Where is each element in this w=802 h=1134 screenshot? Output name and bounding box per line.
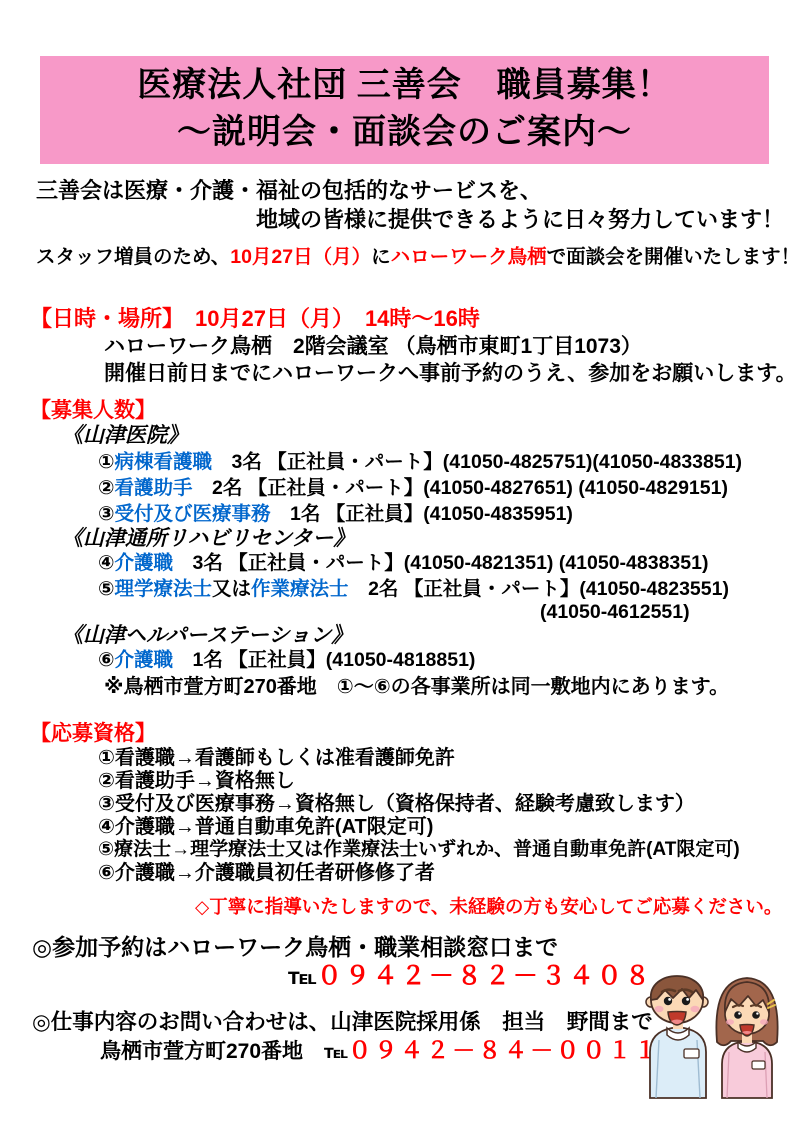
job-line-6: ⑥介護職 1名 【正社員】(41050-4818851) bbox=[98, 649, 475, 671]
recruitment-heading: 【募集人数】 bbox=[30, 399, 156, 423]
facility-name-helper-station: 《山津ヘルパーステーション》 bbox=[62, 624, 352, 648]
qualification-item-5: ⑤療法士→理学療法士又は作業療法士いずれか、普通自動車免許(AT限定可) bbox=[98, 839, 740, 861]
facility-name-rehab-center: 《山津通所リハビリセンター》 bbox=[62, 527, 354, 551]
flyer-title: 医療法人社団 三善会 職員募集！ bbox=[40, 62, 769, 110]
reservation-tel: ℡０９４２－８２－３４０８ bbox=[288, 962, 653, 991]
female-staff-figure bbox=[716, 978, 777, 1098]
qualification-item-1: ①看護職→看護師もしくは准看護師免許 bbox=[98, 747, 455, 770]
flyer-page: 医療法人社団 三善会 職員募集！ ～説明会・面談会のご案内～ 三善会は医療・介護… bbox=[0, 0, 802, 1134]
inquiry-line: ◎仕事内容のお問い合わせは、山津医院採用係 担当 野間まで bbox=[32, 1010, 653, 1035]
intro-line-1: 三善会は医療・介護・福祉の包括的なサービスを、 bbox=[36, 178, 542, 203]
qualification-item-2: ②看護助手→資格無し bbox=[98, 770, 295, 793]
encouragement-note: ◇丁寧に指導いたしますので、未経験の方も安心してご応募ください。 bbox=[195, 896, 782, 917]
tel-mark-icon: ℡ bbox=[324, 1042, 348, 1063]
job-line-2: ②看護助手 2名 【正社員・パート】(41050-4827651) (41050… bbox=[98, 477, 728, 499]
tel-mark-icon: ℡ bbox=[288, 964, 317, 989]
job-line-1: ①病棟看護職 3名 【正社員・パート】(41050-4825751)(41050… bbox=[98, 451, 742, 473]
inquiry-address-tel: 鳥栖市萱方町270番地 ℡０９４２－８４－００１１ bbox=[100, 1037, 660, 1064]
inquiry-tel-number: ０９４２－８４－００１１ bbox=[348, 1037, 660, 1063]
facility-name-yamatsu-clinic: 《山津医院》 bbox=[62, 424, 188, 448]
qualifications-heading: 【応募資格】 bbox=[30, 722, 156, 746]
qualification-item-6: ⑥介護職→介護職員初任者研修修了者 bbox=[98, 862, 435, 885]
qualification-item-4: ④介護職→普通自動車免許(AT限定可) bbox=[98, 816, 433, 839]
flyer-subtitle: ～説明会・面談会のご案内～ bbox=[40, 110, 769, 156]
schedule-heading: 【日時・場所】 10月27日（月） 14時～16時 bbox=[30, 306, 480, 331]
job-line-5: ⑤理学療法士又は作業療法士 2名 【正社員・パート】(41050-4823551… bbox=[98, 578, 729, 600]
inquiry-address: 鳥栖市萱方町270番地 bbox=[100, 1040, 303, 1063]
schedule-note: 開催日前日までにハローワークへ事前予約のうえ、参加をお願いします。 bbox=[104, 362, 797, 386]
reservation-line: ◎参加予約はハローワーク鳥栖・職業相談窓口まで bbox=[32, 934, 558, 960]
staff-illustration bbox=[630, 948, 798, 1100]
reservation-tel-number: ０９４２－８２－３４０８ bbox=[317, 962, 653, 990]
job-line-5-continuation: (41050-4612551) bbox=[540, 601, 690, 623]
recruitment-note: ※鳥栖市萱方町270番地 ①～⑥の各事業所は同一敷地内にあります。 bbox=[104, 676, 729, 699]
schedule-room: ハローワーク鳥栖 2階会議室 （鳥栖市東町1丁目1073） bbox=[104, 335, 642, 359]
job-line-3: ③受付及び医療事務 1名 【正社員】(41050-4835951) bbox=[98, 503, 573, 525]
job-line-4: ④介護職 3名 【正社員・パート】(41050-4821351) (41050-… bbox=[98, 552, 708, 574]
male-staff-figure bbox=[646, 976, 708, 1098]
qualification-item-3: ③受付及び医療事務→資格無し（資格保持者、経験考慮致します） bbox=[98, 793, 695, 816]
announcement-line: スタッフ増員のため、10月27日（月）にハローワーク鳥栖で面談会を開催いたします… bbox=[36, 246, 802, 268]
intro-line-2: 地域の皆様に提供できるように日々努力しています！ bbox=[256, 207, 784, 232]
title-banner: 医療法人社団 三善会 職員募集！ ～説明会・面談会のご案内～ bbox=[40, 56, 769, 164]
